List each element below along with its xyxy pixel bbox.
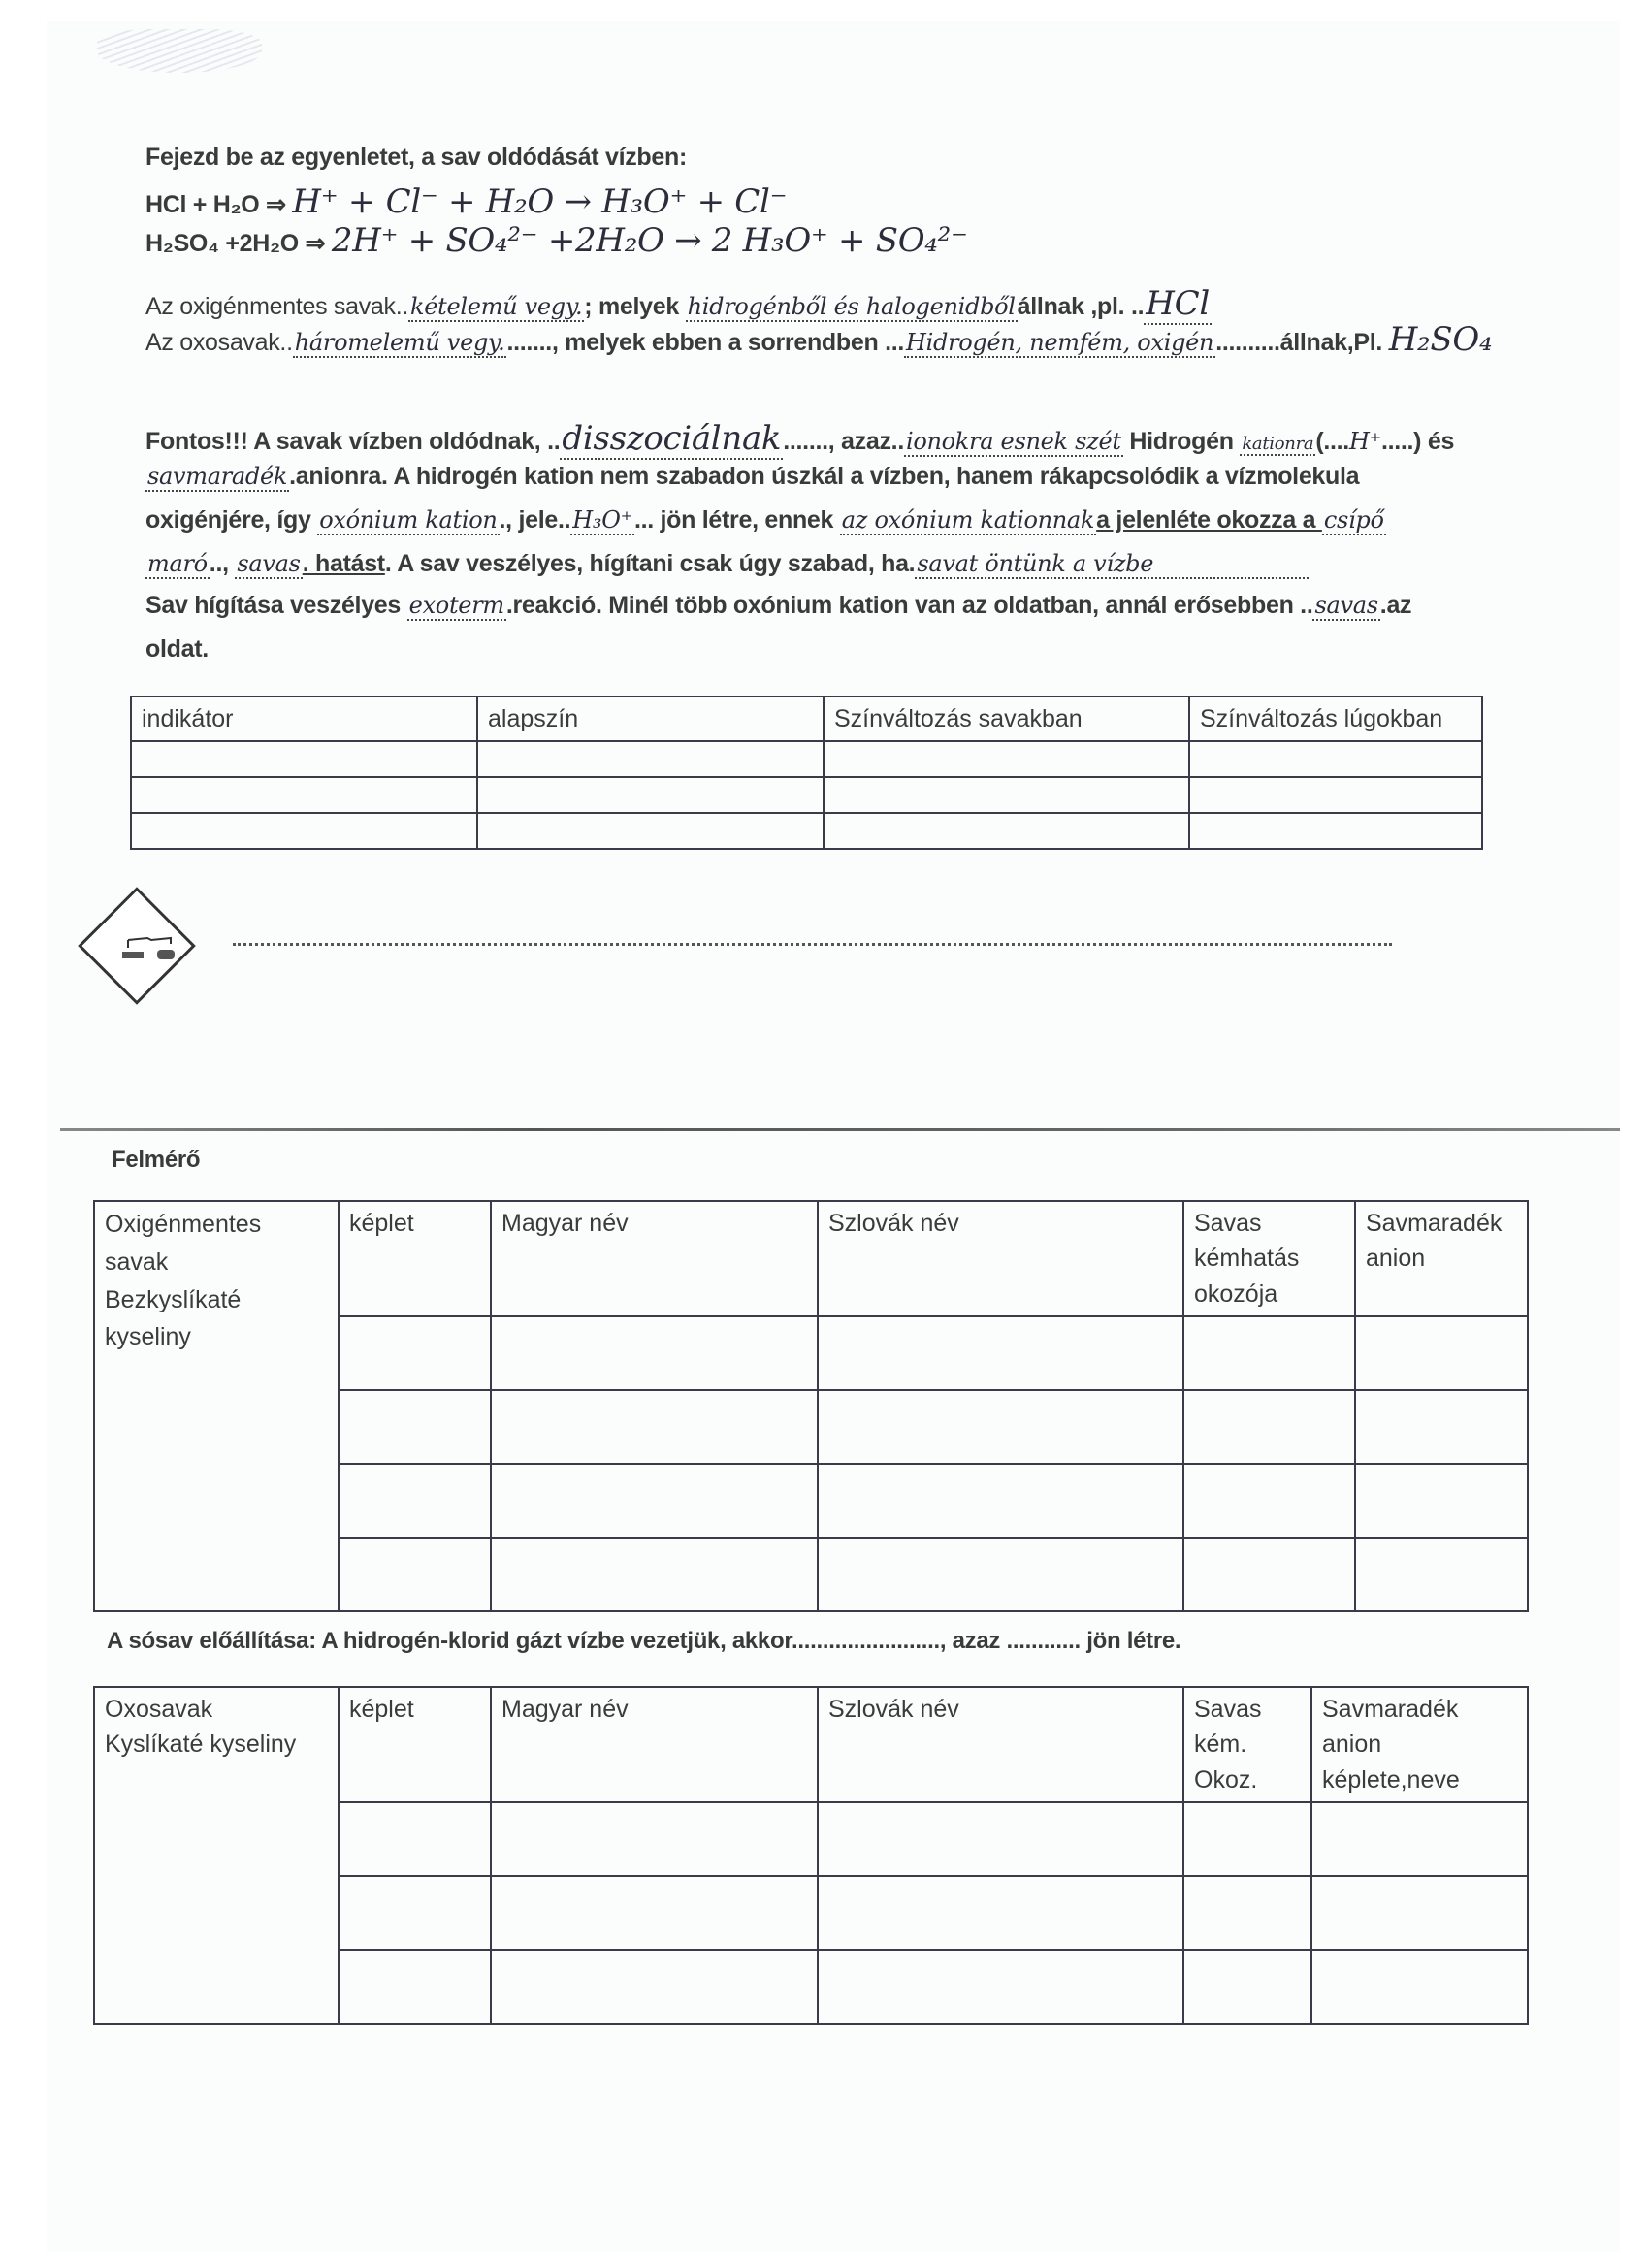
header-formula: képlet (339, 1687, 491, 1802)
table-cell[interactable] (339, 1538, 491, 1611)
fontos-text: Hidrogén (1123, 428, 1241, 455)
table-row (131, 777, 1482, 813)
fontos-line-4: maró.., savas. hatást. A sav veszélyes, … (145, 550, 1309, 579)
table-cell[interactable] (818, 1390, 1183, 1464)
table-cell[interactable] (491, 1464, 818, 1538)
answer-ions[interactable]: ionokra esnek szét (904, 428, 1123, 457)
table-cell[interactable] (131, 777, 477, 813)
table1-row-label: Oxigénmentes savak Bezkyslíkaté kyseliny (94, 1201, 339, 1611)
header-acid-color: Színváltozás savakban (824, 697, 1189, 741)
scan-smudge (97, 29, 262, 73)
table-cell[interactable] (818, 1538, 1183, 1611)
equation-hcl: HCl + H₂O ⇒ H⁺ + Cl⁻ + H₂O → H₃O⁺ + Cl⁻ (145, 182, 787, 221)
header-indicator: indikátor (131, 697, 477, 741)
table-cell[interactable] (1311, 1876, 1528, 1950)
def2-text-2: ......., melyek ebben a sorrendben ... (506, 329, 904, 356)
table-cell[interactable] (477, 813, 824, 849)
fontos-line-6: oldat. (145, 635, 209, 664)
fontos-text: Fontos!!! A savak vízben oldódnak, .. (145, 428, 560, 455)
fontos-line-2: savmaradék.anionra. A hidrogén kation ne… (145, 463, 1359, 492)
fontos-text: .reakció. Minél több oxónium kation van … (506, 592, 1313, 619)
fontos-text: (.... (1315, 428, 1349, 455)
answer-oxonium-cation-2[interactable]: az oxónium kationnak (840, 506, 1096, 535)
table-cell[interactable] (339, 1464, 491, 1538)
table-cell[interactable] (818, 1950, 1183, 2024)
table-cell[interactable] (1311, 1802, 1528, 1876)
table-row (131, 813, 1482, 849)
felmero-title: Felmérő (112, 1147, 200, 1174)
label-kyslikate: Kyslíkaté kyseliny (105, 1727, 328, 1762)
fontos-text: ., jele.. (500, 506, 571, 534)
table-cell[interactable] (477, 741, 824, 777)
table-cell[interactable] (1189, 777, 1482, 813)
header-anion-formula-name: Savmaradék anion képlete,neve (1311, 1687, 1528, 1802)
answer-acidic-2[interactable]: savas (1312, 592, 1379, 621)
label-oxoacids: Oxosavak (105, 1692, 328, 1727)
equation-h2so4: H₂SO₄ +2H₂O ⇒ 2H⁺ + SO₄²⁻ +2H₂O → 2 H₃O⁺… (145, 221, 968, 260)
definition-oxygen-free: Az oxigénmentes savak..kételemű vegy.; m… (145, 284, 1212, 325)
table-cell[interactable] (1183, 1316, 1355, 1390)
fontos-text: ......., azaz.. (783, 428, 904, 455)
header-hungarian-name: Magyar név (491, 1201, 818, 1316)
def2-text-3: ..........állnak,Pl. (1215, 329, 1389, 356)
table-cell[interactable] (1355, 1464, 1528, 1538)
table-cell[interactable] (824, 741, 1189, 777)
header-slovak-name: Szlovák név (818, 1201, 1183, 1316)
table-cell[interactable] (1189, 741, 1482, 777)
label-bezkyslikate: Bezkyslíkaté kyseliny (105, 1281, 328, 1357)
header-acidity-cause: Savas kémhatás okozója (1183, 1201, 1355, 1316)
table2-header-row: Oxosavak Kyslíkaté kyseliny képlet Magya… (94, 1687, 1528, 1802)
answer-corrosive[interactable]: maró (145, 550, 210, 579)
table-cell[interactable] (1311, 1950, 1528, 2024)
fontos-text: .....) és (1381, 428, 1454, 455)
def1-answer-1[interactable]: kételemű vegy. (408, 293, 584, 322)
def2-answer-2[interactable]: Hidrogén, nemfém, oxigén (904, 329, 1215, 358)
table-cell[interactable] (1183, 1464, 1355, 1538)
table-cell[interactable] (818, 1876, 1183, 1950)
fontos-text: Sav hígítása veszélyes (145, 592, 407, 619)
table-cell[interactable] (1189, 813, 1482, 849)
answer-acidic[interactable]: savas (235, 550, 302, 579)
equation-hcl-answer[interactable]: H⁺ + Cl⁻ + H₂O → H₃O⁺ + Cl⁻ (292, 182, 787, 221)
answer-exothermic[interactable]: exoterm (407, 592, 506, 621)
fontos-text: a jelenléte okozza a (1096, 506, 1322, 534)
def2-answer-1[interactable]: háromelemű vegy. (293, 329, 507, 358)
table-cell[interactable] (491, 1316, 818, 1390)
indicator-header-row: indikátor alapszín Színváltozás savakban… (131, 697, 1482, 741)
definition-oxoacids: Az oxosavak..háromelemű vegy........, me… (145, 320, 1492, 359)
oxygen-free-acids-table: Oxigénmentes savak Bezkyslíkaté kyseliny… (93, 1200, 1529, 1612)
def2-text-1: Az oxosavak.. (145, 329, 293, 356)
fontos-text: ... jön létre, ennek (634, 506, 840, 534)
fontos-text: . hatást (303, 550, 385, 577)
answer-h-plus[interactable]: H⁺ (1349, 428, 1381, 455)
table-cell[interactable] (491, 1390, 818, 1464)
def1-answer-2[interactable]: hidrogénből és halogenidből (686, 293, 1018, 322)
table-cell[interactable] (131, 741, 477, 777)
equation-h2so4-prefix: H₂SO₄ +2H₂O ⇒ (145, 230, 325, 257)
header-base-solution-color: Színváltozás lúgokban (1189, 697, 1482, 741)
table-cell[interactable] (491, 1802, 818, 1876)
table-cell[interactable] (818, 1316, 1183, 1390)
answer-dilution[interactable]: savat öntünk a vízbe (915, 550, 1309, 579)
table-cell[interactable] (477, 777, 824, 813)
answer-h3o[interactable]: H₃O⁺ (570, 506, 634, 535)
oxoacids-table: Oxosavak Kyslíkaté kyseliny képlet Magya… (93, 1686, 1529, 2025)
table-cell[interactable] (339, 1876, 491, 1950)
fontos-text: . A sav veszélyes, hígítani csak úgy sza… (385, 550, 916, 577)
equation-h2so4-answer[interactable]: 2H⁺ + SO₄²⁻ +2H₂O → 2 H₃O⁺ + SO₄²⁻ (332, 221, 968, 260)
header-base-color: alapszín (477, 697, 824, 741)
equation-hcl-prefix: HCl + H₂O ⇒ (145, 191, 286, 218)
def2-answer-3[interactable]: H₂SO₄ (1389, 320, 1493, 359)
table-cell[interactable] (818, 1464, 1183, 1538)
hydrochloric-acid-production-text: A sósav előállítása: A hidrogén-klorid g… (107, 1628, 1180, 1655)
table-row (131, 741, 1482, 777)
table-cell[interactable] (1355, 1538, 1528, 1611)
table-cell[interactable] (824, 777, 1189, 813)
table-cell[interactable] (131, 813, 477, 849)
answer-dissociate[interactable]: disszociálnak (560, 419, 783, 460)
label-oxygen-free-acids: Oxigénmentes savak (105, 1206, 328, 1281)
fontos-text: oxigénjére, így (145, 506, 317, 534)
def1-answer-3[interactable]: HCl (1144, 284, 1212, 325)
section-divider (60, 1128, 1620, 1131)
header-hungarian-name: Magyar név (491, 1687, 818, 1802)
table-cell[interactable] (491, 1538, 818, 1611)
def1-text-1: Az oxigénmentes savak.. (145, 293, 408, 320)
answer-stinging[interactable]: csípő (1322, 506, 1386, 535)
table-cell[interactable] (339, 1316, 491, 1390)
fontos-text: .., (210, 550, 236, 577)
fontos-line-1: Fontos!!! A savak vízben oldódnak, ..dis… (145, 419, 1454, 460)
table-cell[interactable] (818, 1802, 1183, 1876)
table-cell[interactable] (1355, 1316, 1528, 1390)
table-cell[interactable] (339, 1802, 491, 1876)
table-cell[interactable] (1183, 1802, 1311, 1876)
header-slovak-name: Szlovák név (818, 1687, 1183, 1802)
table-cell[interactable] (1183, 1876, 1311, 1950)
hazard-answer-line[interactable] (233, 943, 1392, 946)
equations-title: Fejezd be az egyenletet, a sav oldódását… (145, 144, 687, 172)
table-cell[interactable] (339, 1390, 491, 1464)
def1-text-2: ; melyek (584, 293, 679, 320)
fontos-text: .az (1380, 592, 1411, 619)
header-acidity-cause: Savas kém. Okoz. (1183, 1687, 1311, 1802)
table-cell[interactable] (1183, 1950, 1311, 2024)
fontos-text: .anionra. A hidrogén kation nem szabadon… (289, 463, 1359, 490)
def1-text-3: állnak ,pl. .. (1018, 293, 1145, 320)
indicator-table: indikátor alapszín Színváltozás savakban… (130, 696, 1483, 850)
table-cell[interactable] (1183, 1538, 1355, 1611)
answer-acid-residue[interactable]: savmaradék (145, 463, 289, 492)
table-cell[interactable] (824, 813, 1189, 849)
fontos-line-5: Sav hígítása veszélyes exoterm.reakció. … (145, 592, 1411, 621)
table1-header-row: Oxigénmentes savak Bezkyslíkaté kyseliny… (94, 1201, 1528, 1316)
table-cell[interactable] (339, 1950, 491, 2024)
corrosive-drops-icon (120, 934, 178, 963)
fontos-line-3: oxigénjére, így oxónium kation., jele..H… (145, 506, 1386, 535)
table2-row-label: Oxosavak Kyslíkaté kyseliny (94, 1687, 339, 2024)
table-cell[interactable] (1355, 1390, 1528, 1464)
table-cell[interactable] (1183, 1390, 1355, 1464)
answer-oxonium-cation[interactable]: oxónium kation (317, 506, 499, 535)
header-formula: képlet (339, 1201, 491, 1316)
table-cell[interactable] (491, 1876, 818, 1950)
table-cell[interactable] (491, 1950, 818, 2024)
header-acid-anion: Savmaradék anion (1355, 1201, 1528, 1316)
answer-cation[interactable]: kationra (1240, 434, 1315, 456)
